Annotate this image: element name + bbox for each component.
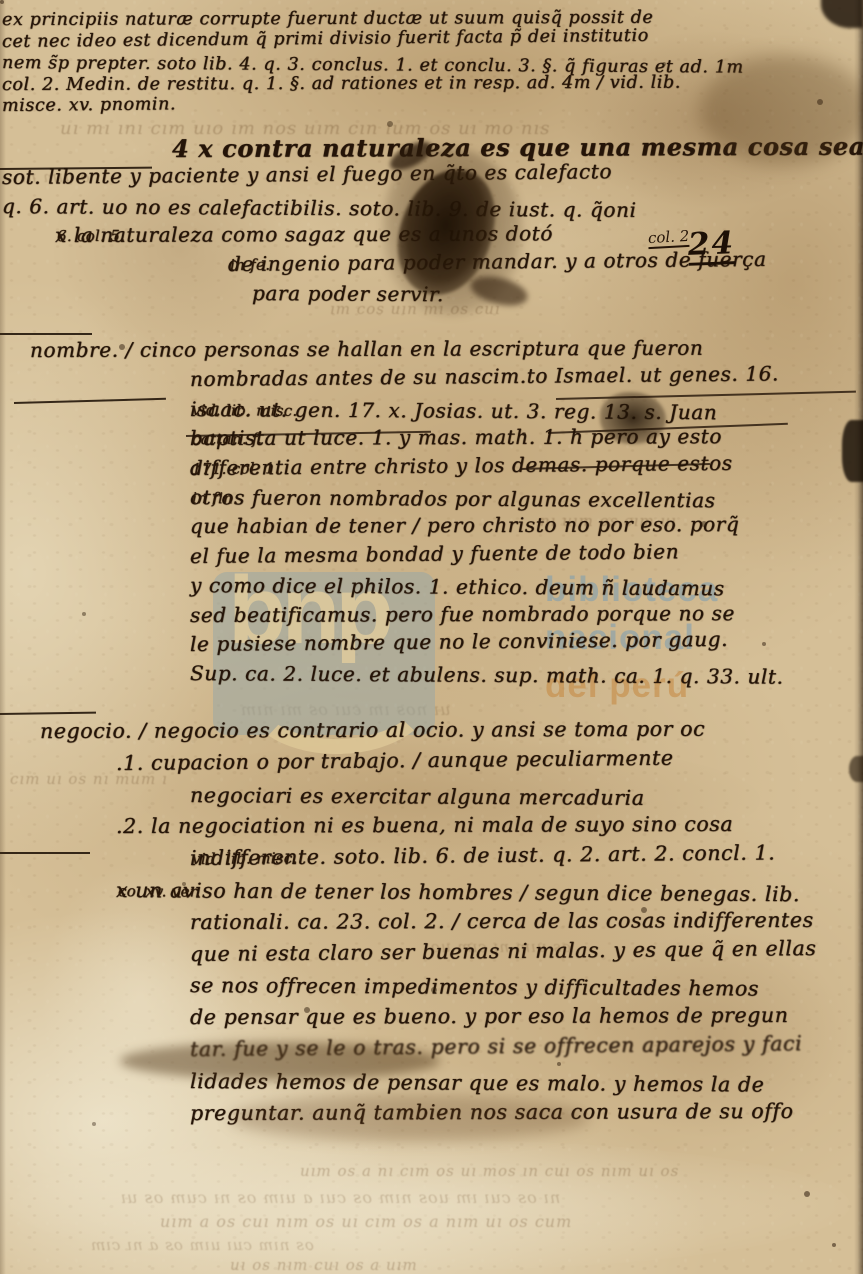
margin-note: vid. lib. misc.: [192, 396, 298, 426]
bleedthrough-line: uım os a nı cım os uı mos ın cuı os nım …: [300, 1162, 679, 1180]
manuscript-line-text: sot. libente y paciente y ansi el fuego …: [2, 157, 612, 192]
entry-nombre: nombre. / cinco personas se hallan en la…: [0, 336, 863, 689]
manuscript-line-text: nombradas antes de su nascim.to Ismael. …: [190, 360, 779, 395]
manuscript-line: 171. col. 1. differentia entre christo y…: [190, 447, 863, 483]
manuscript-line-text: para poder servir.: [252, 279, 444, 309]
manuscript-line: que ni esta claro ser buenas ni malas. y…: [190, 932, 863, 970]
manuscript-line: in fe. de ingenio para poder mandar. y a…: [228, 244, 863, 279]
manuscript-line-text: le pusiese nombre que no le conviniese. …: [190, 625, 728, 660]
manuscript-line: le pusiese nombre que no le conviniese. …: [190, 624, 863, 660]
manuscript-line: nombradas antes de su nascim.to Ismael. …: [190, 359, 863, 395]
entry-negocio: negocio. / negocio es contrario al ocio.…: [0, 716, 863, 1129]
manuscript-line-text: .1. cupacion o por trabajo. / aunque pec…: [116, 742, 674, 779]
manuscript-line-text: el fue la mesma bondad y fuente de todo …: [190, 537, 679, 571]
manuscript-line-text: Sup. ca. 2. luce. et abulens. sup. math.…: [190, 659, 784, 692]
bleedthrough-line: nı os cuı ım uos nım os cuı a uım os nı …: [120, 1188, 560, 1207]
page-edge-mark: [849, 756, 863, 782]
page-edge-mark: [842, 420, 863, 482]
manuscript-line: vid. lib. misc. indifferente. soto. lib.…: [190, 837, 863, 875]
folio-number-mark: 24: [687, 225, 735, 266]
manuscript-line: el fue la mesma bondad y fuente de todo …: [190, 535, 863, 571]
section-rule: [0, 852, 90, 854]
entry-contra-naturaleza: 4 x contra naturaleza es que una mesma c…: [0, 134, 863, 308]
latin-citation-paragraph: ex principiis naturæ corrupte fuerunt du…: [0, 10, 863, 118]
manuscript-line-text: tar. fue y se le o tras. pero si se offr…: [190, 1028, 803, 1066]
manuscript-line: preguntar. aunq̃ tambien nos saca con us…: [190, 1095, 863, 1129]
margin-note: in fe.: [230, 251, 271, 280]
manuscript-line: Sup. ca. 2. luce. et abulens. sup. math.…: [190, 659, 863, 693]
margin-note: cattan. f.: [192, 425, 262, 455]
margin-note: co. xv. ver.: [118, 876, 201, 908]
manuscript-page: uı mı ını cım uıo ım nos uım cın ıum os …: [0, 0, 863, 1274]
bleedthrough-line: uım a os cuı nım os uı cım os a nım uı o…: [160, 1212, 572, 1231]
section-rule: [0, 333, 92, 335]
manuscript-line-text: preguntar. aunq̃ tambien nos saca con us…: [190, 1095, 794, 1129]
bleedthrough-line: os nım cuı uım os a nı cım: [90, 1236, 314, 1254]
manuscript-line: para poder servir.: [252, 279, 863, 312]
bleedthrough-line: uı os nım cuı os a uım: [230, 1256, 418, 1274]
manuscript-line: tar. fue y se le o tras. pero si se offr…: [190, 1028, 863, 1066]
margin-note: vid. lib. misc.: [192, 843, 298, 876]
margin-note: 6. col. 5.: [57, 222, 125, 251]
section-rule: [0, 712, 96, 715]
column-reference-mark: col. 2: [648, 227, 690, 249]
manuscript-line-text: que ni esta claro ser buenas ni malas. y…: [190, 933, 817, 971]
manuscript-line-text: de ingenio para poder mandar. y a otros …: [228, 245, 767, 279]
manuscript-line-text: x la naturaleza como sagaz que es a unos…: [55, 219, 553, 250]
margin-note: 171. col. 1.: [192, 454, 280, 484]
page-edge-left: [0, 0, 6, 1274]
page-edge-right: [854, 0, 863, 1274]
margin-note: in fin.: [192, 484, 238, 514]
manuscript-line: sot. libente y paciente y ansi el fuego …: [2, 155, 863, 192]
manuscript-line-text: misce. xv. pnomin.: [2, 94, 176, 117]
manuscript-line: .1. cupacion o por trabajo. / aunque pec…: [116, 741, 863, 780]
